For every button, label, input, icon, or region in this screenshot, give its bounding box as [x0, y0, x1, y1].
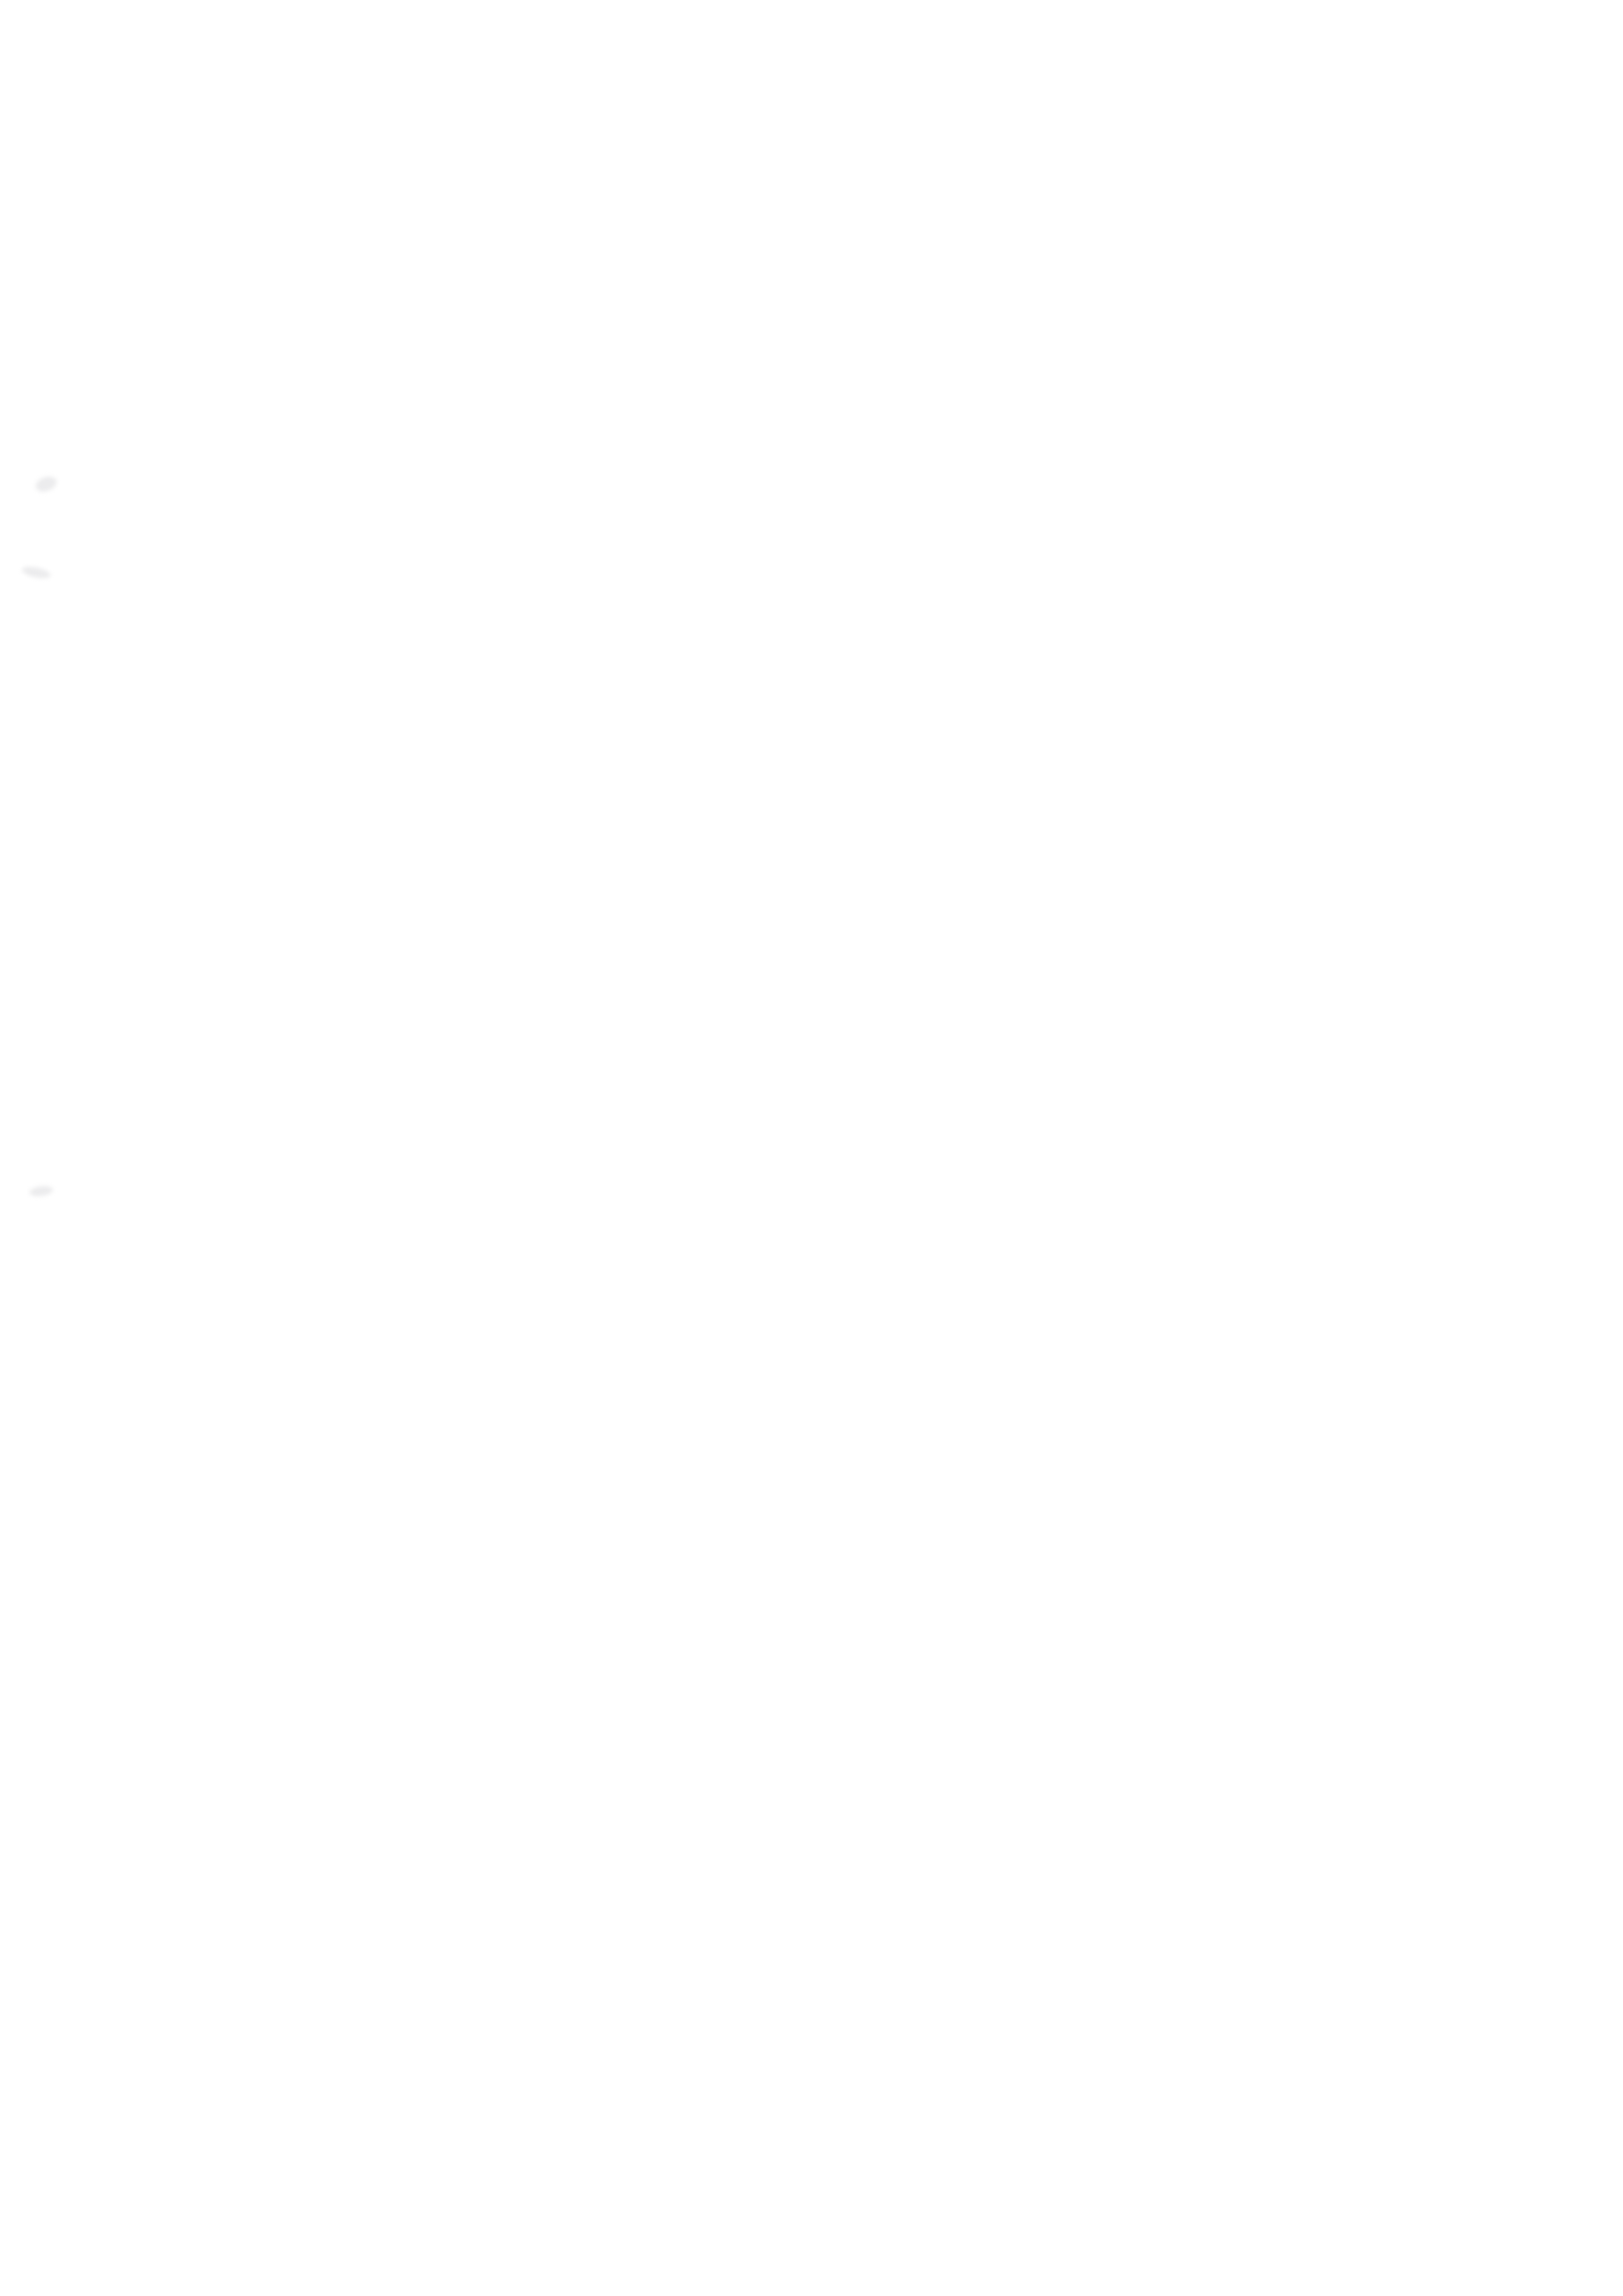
scan-artifact — [21, 565, 51, 580]
scan-artifact — [33, 474, 58, 495]
document-page — [0, 0, 1623, 2296]
scan-artifact — [28, 1184, 53, 1197]
document-body — [145, 0, 1487, 2296]
